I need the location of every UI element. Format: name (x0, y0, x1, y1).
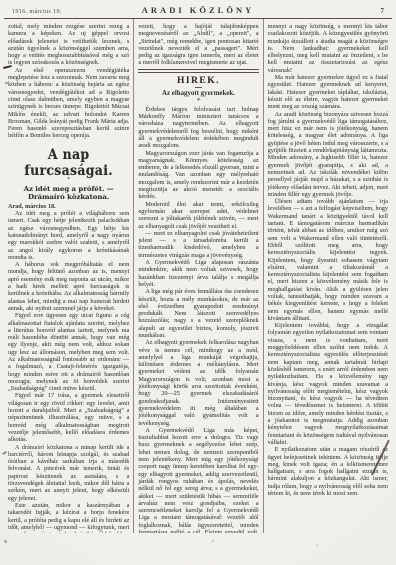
paragraph: Az elhagyott gyermekek felkarolása nagyb… (138, 339, 258, 427)
article-continuation: mennyi a nagy közönség, s mennyi kis táb… (268, 23, 388, 74)
paragraph: A Gyermekvédő Liga alaposan rászánta min… (138, 259, 258, 288)
news-section-title: HIREK. (138, 76, 258, 86)
article-subtitle: Az idét meg a prófét. — Drámaíró közkato… (8, 185, 129, 201)
paragraph: Az idét meg a prófét a világháboru sem i… (8, 210, 129, 261)
paragraph: Kijelentem továbbá, hogy a vizsgálat fol… (268, 322, 388, 446)
article-continuation: zottal, mely minden rezgése szerint reze… (8, 23, 129, 67)
column-layout: zottal, mely minden rezgése szerint reze… (4, 19, 392, 533)
paragraph: Az első operaszezon vendégjátéka meglepe… (8, 67, 129, 140)
news-item-title: Az elhagyott gyermekek. (138, 90, 258, 97)
paragraph: E nyilatkozatom után a magam részéről az… (268, 446, 388, 497)
page-header: 1916. március 19. ARADI KÖZLÖNY 7 (0, 0, 396, 18)
page-number: 7 (274, 7, 384, 15)
star-ornament: ✳ (138, 98, 258, 104)
column-right: mennyi a nagy közönség, s mennyi kis táb… (263, 19, 392, 533)
paragraph: — mert ez elhanyagolni csak jóvátehetetl… (138, 230, 258, 259)
paragraph: A liga még pár éves fennállása óta csend… (138, 288, 258, 339)
paragraph: A háborus sok megpróbáltatás el nem mond… (8, 261, 129, 312)
newspaper-page: 1916. március 19. ARADI KÖZLÖNY 7 zottal… (0, 0, 396, 565)
section-ornament (195, 87, 202, 88)
issue-date: 1916. március 19. (12, 9, 122, 15)
paragraph: Este azután, mikor a kaszárnyában a taka… (8, 502, 129, 533)
headline-ornament: * (8, 178, 129, 183)
section-divider-rule (138, 69, 258, 73)
paragraph: Az aradi közönség bizonyára szivesen hoz… (268, 111, 388, 199)
paragraph: Érdekes tárgyu felolvasást tart holnap M… (138, 106, 258, 150)
column-middle: vezett, hogy a hajóját tulajdonképpen me… (133, 19, 262, 533)
paragraph: A drámairó közkatona a minap került ide … (8, 444, 129, 502)
masthead-title: ARADI KÖZLÖNY (122, 5, 274, 15)
paragraph: Figyel már 17 irása, a gyermek elesettrő… (8, 392, 129, 443)
paragraph: Ma már hatezer gyermekre ügyel ez a fiat… (268, 74, 388, 110)
article-continuation: vezett, hogy a hajóját tulajdonképpen me… (138, 23, 258, 67)
margin-ink-speck (4, 540, 7, 543)
paragraph: A Gyermekvédő Liga más képet, tisztultab… (138, 427, 258, 533)
column-left: zottal, mely minden rezgése szerint reze… (4, 19, 133, 533)
article-headline: A nap furcsaságai. (8, 146, 129, 178)
article-dateline: Arad, március 18. (8, 203, 129, 210)
margin-ink-speck (5, 82, 8, 84)
paragraph: Modernül élni akar tenni, erkölcsileg eg… (138, 201, 258, 230)
paragraph: Ülésen adtam tovább ajánlatom — irja lev… (268, 198, 388, 322)
paragraph: Figyel erre ügyesen egy utcai figura: a … (8, 312, 129, 392)
paragraph: Magyarországon ezer járás van fogamzója … (138, 150, 258, 201)
